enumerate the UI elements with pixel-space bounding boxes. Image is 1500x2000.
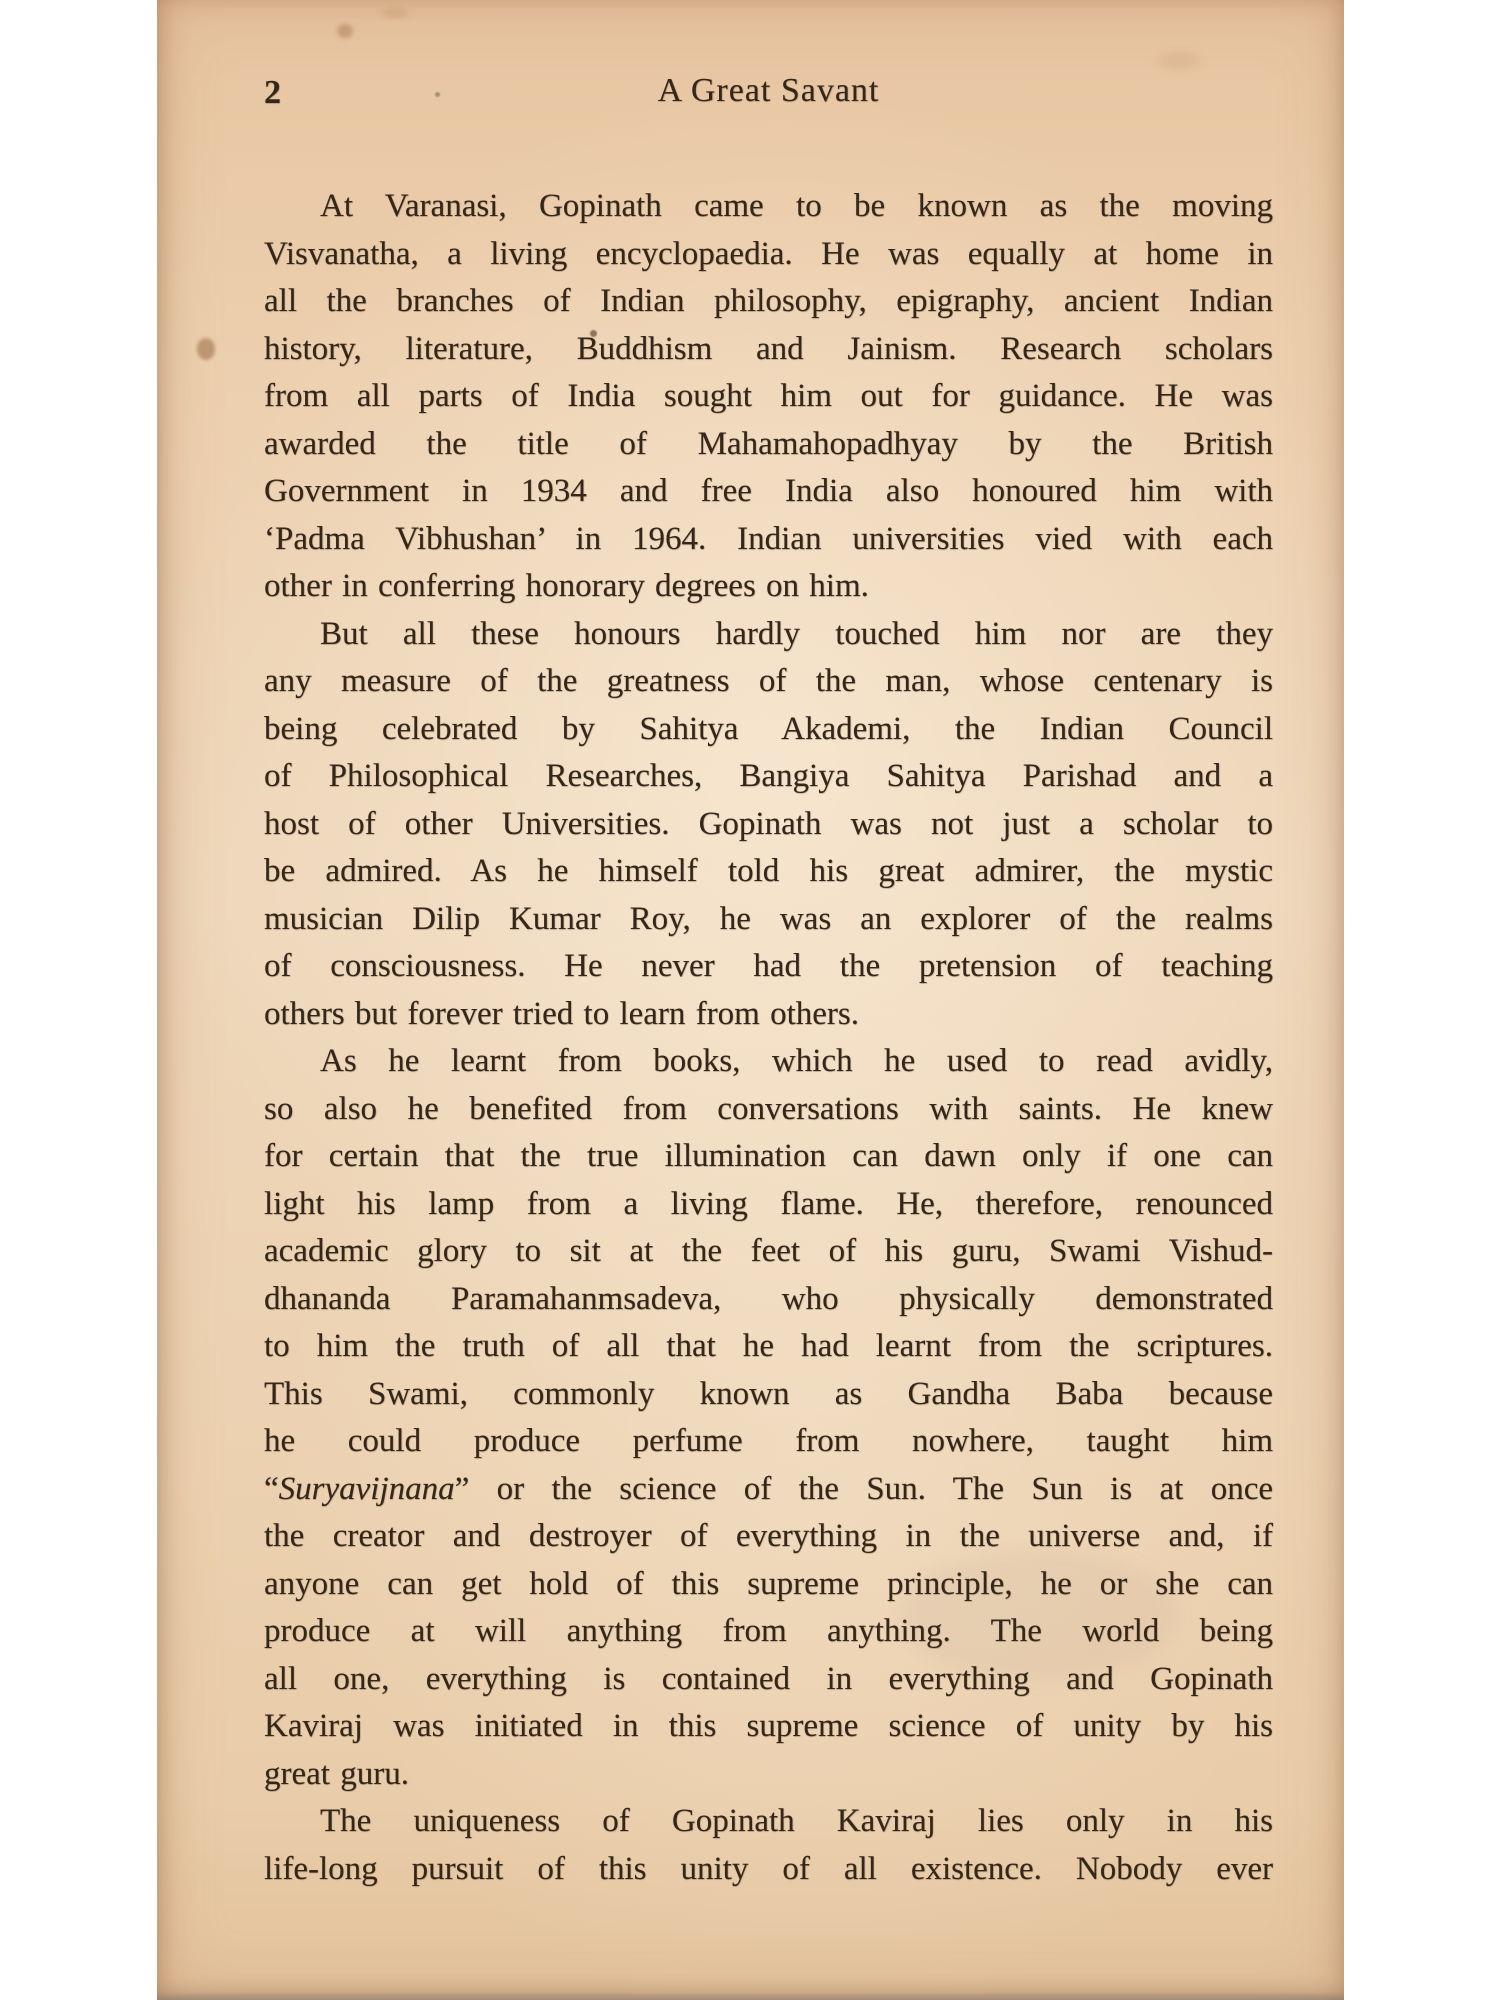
text-line: from all parts of India sought him out f… bbox=[264, 373, 1273, 421]
paper-stain bbox=[1157, 52, 1201, 70]
text-line: being celebrated by Sahitya Akademi, the… bbox=[264, 706, 1273, 754]
text-line: anyone can get hold of this supreme prin… bbox=[264, 1561, 1273, 1609]
text-line: dhananda Paramahanmsadeva, who physicall… bbox=[264, 1276, 1273, 1324]
text-line: host of other Universities. Gopinath was… bbox=[264, 801, 1273, 849]
text-line: he could produce perfume from nowhere, t… bbox=[264, 1418, 1273, 1466]
text-line: musician Dilip Kumar Roy, he was an expl… bbox=[264, 896, 1273, 944]
text-line: others but forever tried to learn from o… bbox=[264, 991, 1273, 1039]
text-line: so also he benefited from conversations … bbox=[264, 1086, 1273, 1134]
text-line: At Varanasi, Gopinath came to be known a… bbox=[264, 183, 1273, 231]
text-line: “Suryavijnana” or the science of the Sun… bbox=[264, 1466, 1273, 1514]
text-line: Government in 1934 and free India also h… bbox=[264, 468, 1273, 516]
text-line: to him the truth of all that he had lear… bbox=[264, 1323, 1273, 1371]
text-line: of Philosophical Researches, Bangiya Sah… bbox=[264, 753, 1273, 801]
text-line: be admired. As he himself told his great… bbox=[264, 848, 1273, 896]
text-line: ‘Padma Vibhushan’ in 1964. Indian univer… bbox=[264, 516, 1273, 564]
body-text: At Varanasi, Gopinath came to be known a… bbox=[264, 183, 1273, 1893]
text-line: produce at will anything from anything. … bbox=[264, 1608, 1273, 1656]
text-line: the creator and destroyer of everything … bbox=[264, 1513, 1273, 1561]
paper-stain bbox=[197, 338, 215, 360]
page-bottom-edge bbox=[157, 1992, 1344, 2000]
text-line: history, literature, Buddhism and Jainis… bbox=[264, 326, 1273, 374]
text-line: great guru. bbox=[264, 1751, 1273, 1799]
text-line: As he learnt from books, which he used t… bbox=[264, 1038, 1273, 1086]
text-line: This Swami, commonly known as Gandha Bab… bbox=[264, 1371, 1273, 1419]
text-line: for certain that the true illumination c… bbox=[264, 1133, 1273, 1181]
text-line: The uniqueness of Gopinath Kaviraj lies … bbox=[264, 1798, 1273, 1846]
text-line: other in conferring honorary degrees on … bbox=[264, 563, 1273, 611]
text-line: any measure of the greatness of the man,… bbox=[264, 658, 1273, 706]
text-line: all one, everything is contained in ever… bbox=[264, 1656, 1273, 1704]
text-line: light his lamp from a living flame. He, … bbox=[264, 1181, 1273, 1229]
running-title: A Great Savant bbox=[264, 72, 1273, 110]
text-line: of consciousness. He never had the prete… bbox=[264, 943, 1273, 991]
book-page-scan: 2 A Great Savant At Varanasi, Gopinath c… bbox=[157, 0, 1344, 2000]
text-line: Kaviraj was initiated in this supreme sc… bbox=[264, 1703, 1273, 1751]
text-line: But all these honours hardly touched him… bbox=[264, 611, 1273, 659]
text-line: life-long pursuit of this unity of all e… bbox=[264, 1846, 1273, 1894]
paper-stain bbox=[382, 8, 408, 18]
text-line: all the branches of Indian philosophy, e… bbox=[264, 278, 1273, 326]
paper-stain bbox=[337, 24, 353, 38]
text-line: Visvanatha, a living encyclopaedia. He w… bbox=[264, 231, 1273, 279]
text-line: academic glory to sit at the feet of his… bbox=[264, 1228, 1273, 1276]
text-line: awarded the title of Mahamahopadhyay by … bbox=[264, 421, 1273, 469]
